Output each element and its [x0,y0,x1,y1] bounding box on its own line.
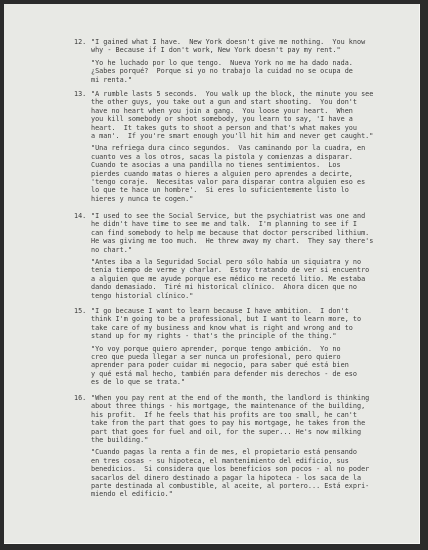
english-quote: "I used to see the Social Service, but t… [91,212,404,254]
spanish-quote: "Cuando pagas la renta a fin de mes, el … [91,448,404,498]
item-number: 12. [74,38,86,46]
english-quote: "I gained what I have. New York doesn't … [91,38,404,55]
item-number: 16. [74,394,86,402]
spanish-quote: "Yo he luchado por lo que tengo. Nueva Y… [91,59,404,84]
item-number: 15. [74,307,86,315]
quote-item-14: 14. "I used to see the Social Service, b… [74,212,404,300]
english-quote: "When you pay rent at the end of the mon… [91,394,404,444]
quote-item-16: 16. "When you pay rent at the end of the… [74,394,404,499]
quote-item-13: 13. "A rumble lasts 5 seconds. You walk … [74,90,404,203]
document-page: 12. "I gained what I have. New York does… [4,4,420,544]
english-quote: "I go because I want to learn because I … [91,307,404,341]
english-quote: "A rumble lasts 5 seconds. You walk up t… [91,90,404,140]
document-body: 12. "I gained what I have. New York does… [4,4,420,544]
quote-item-12: 12. "I gained what I have. New York does… [74,38,404,84]
spanish-quote: "Antes iba a la Seguridad Social pero só… [91,258,404,300]
spanish-quote: "Una refriega dura cinco segundos. Vas c… [91,144,404,203]
item-number: 13. [74,90,86,98]
quote-item-15: 15. "I go because I want to learn becaus… [74,307,404,387]
spanish-quote: "Yo voy porque quiero aprender, porque t… [91,345,404,387]
item-number: 14. [74,212,86,220]
